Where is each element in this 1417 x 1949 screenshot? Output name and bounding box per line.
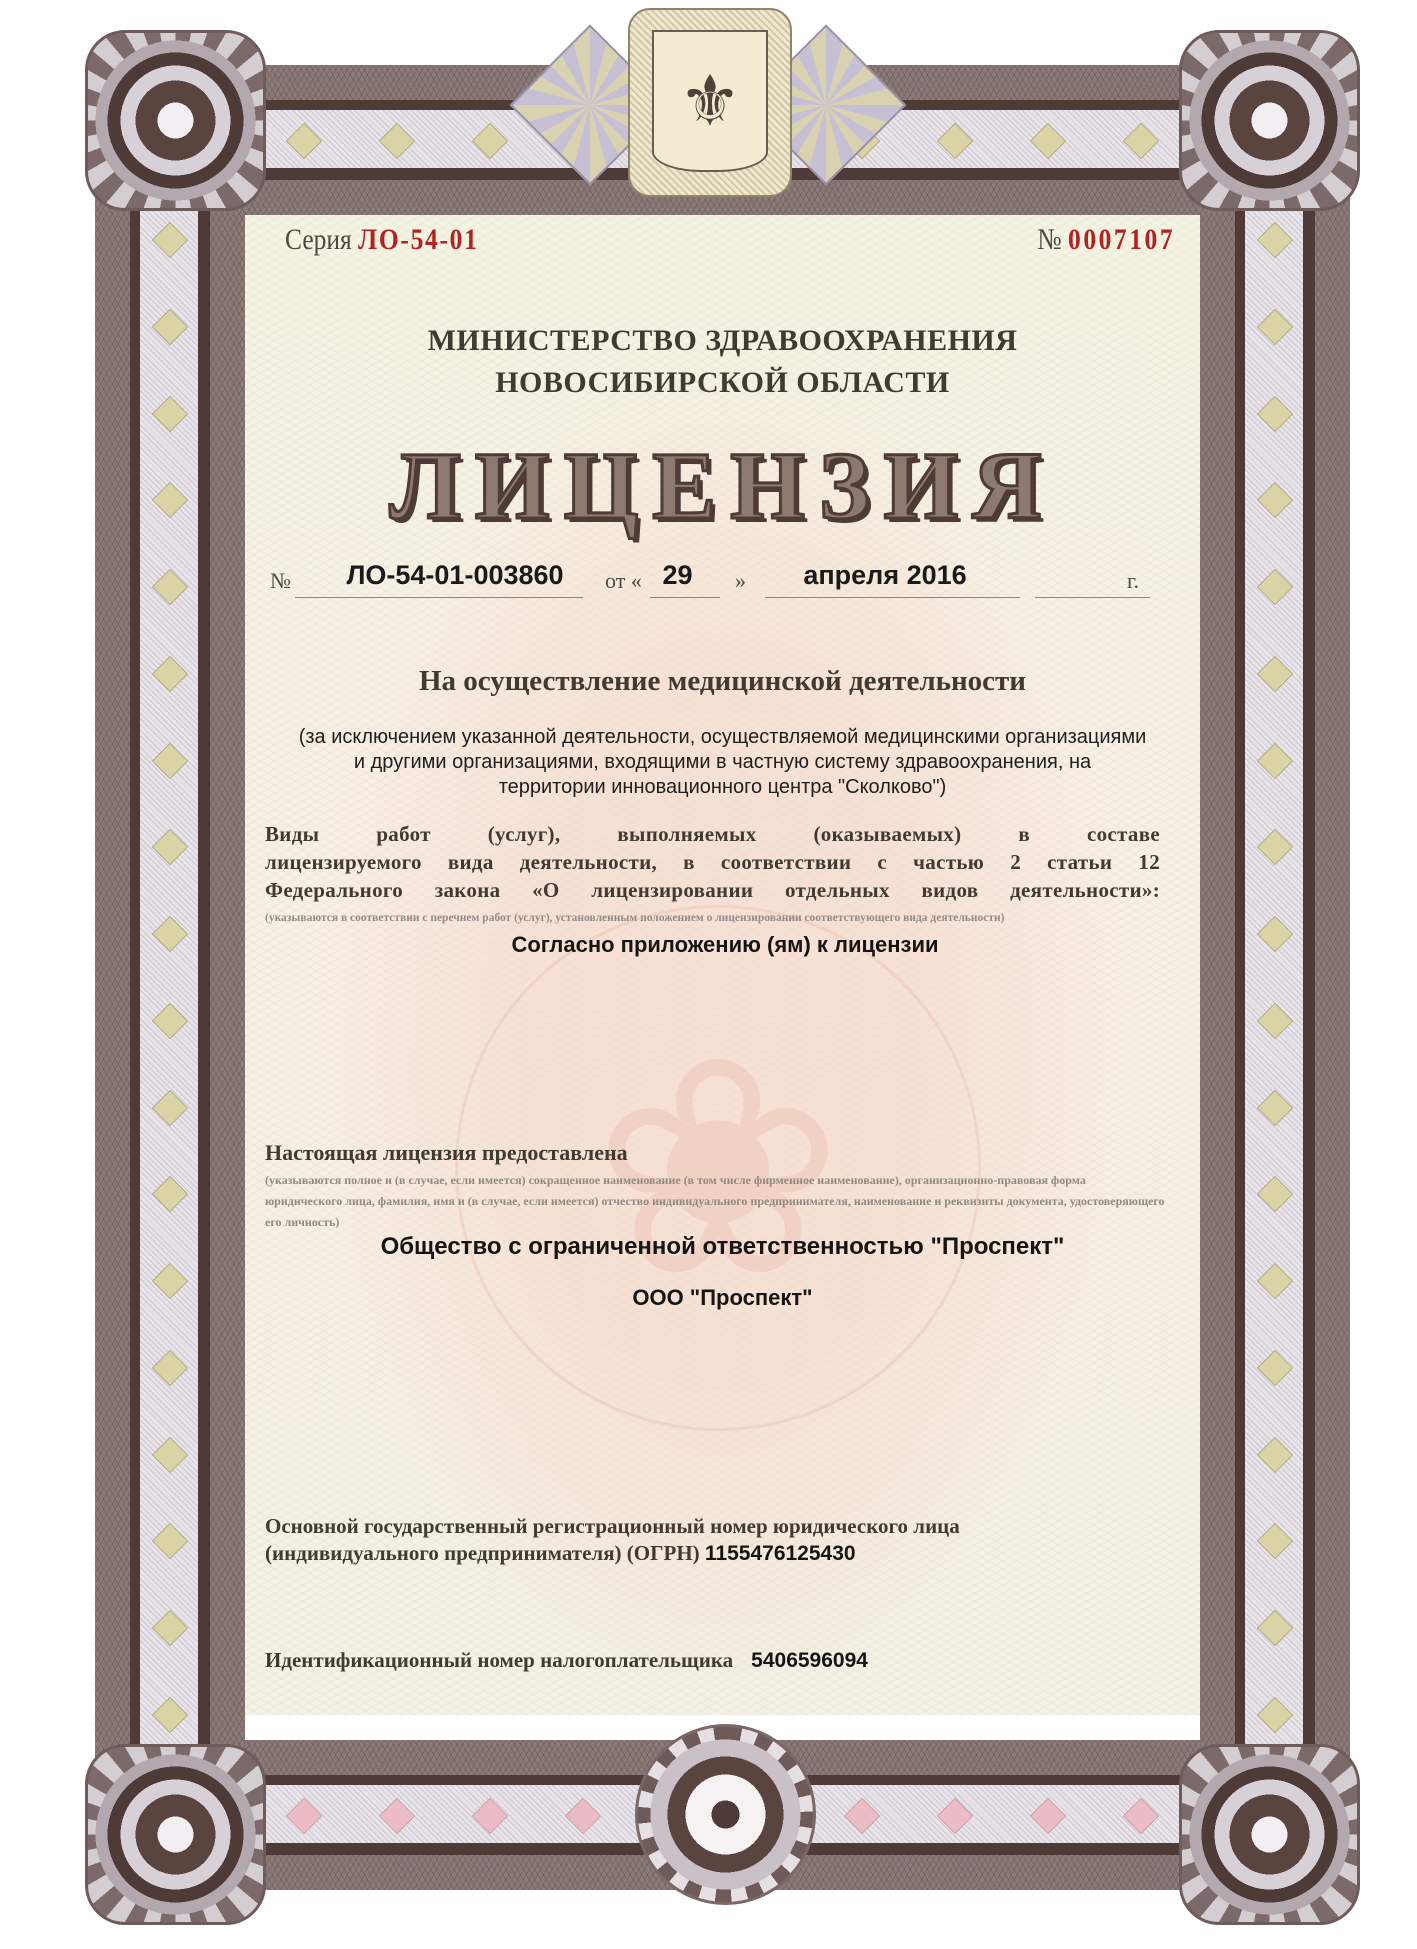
works-line: Виды работ (услуг), выполняемых (оказыва… (265, 820, 1160, 848)
reg-day: 29 (650, 560, 705, 591)
licensee-hint: (указываются полное и (в случае, если им… (265, 1170, 1165, 1233)
activity-note-line: территории инновационного центра "Сколко… (230, 775, 1215, 800)
frame-band-right (1200, 110, 1350, 1845)
licensee-label: Настоящая лицензия предоставлена (265, 1140, 628, 1166)
inn-label: Идентификационный номер налогоплательщик… (265, 1648, 733, 1672)
emblem-frame: ⚜ (628, 8, 792, 197)
licensee-full-name: Общество с ограниченной ответственностью… (245, 1233, 1200, 1261)
from-label: от « (605, 568, 642, 594)
registration-row: № ЛО-54-01-003860 от « 29 » апреля 2016 … (245, 560, 1200, 605)
corner-rosette-icon (85, 30, 266, 211)
document-title: ЛИЦЕНЗИЯ (245, 430, 1200, 541)
form-number: № 0007107 (1037, 223, 1175, 257)
series-label: Серия (285, 223, 352, 256)
license-document: ❀ Серия ЛО-54-01 № 0007107 МИНИСТЕРСТВО … (245, 215, 1200, 1715)
ogrn-value: 1155476125430 (705, 1542, 856, 1565)
works-description: Виды работ (услуг), выполняемых (оказыва… (265, 820, 1160, 904)
coat-of-arms-watermark-icon: ❀ (455, 905, 981, 1431)
works-line: лицензируемого вида деятельности, в соот… (265, 848, 1160, 876)
works-hint: (указываются в соответствии с перечнем р… (265, 907, 1160, 929)
licensee-short-name: ООО "Проспект" (245, 1285, 1200, 1311)
series: Серия ЛО-54-01 (285, 223, 479, 257)
issuer-line-1: МИНИСТЕРСТВО ЗДРАВООХРАНЕНИЯ (245, 320, 1200, 362)
double-headed-eagle-icon: ⚜ (652, 30, 768, 172)
reg-month-year: апреля 2016 (755, 560, 1015, 591)
works-value: Согласно приложению (ям) к лицензии (375, 932, 1075, 958)
reg-number-sign: № (270, 568, 291, 594)
bottom-medallion-icon (635, 1724, 816, 1905)
activity-note-line: (за исключением указанной деятельности, … (230, 725, 1215, 750)
corner-rosette-icon (85, 1744, 266, 1925)
issuer-line-2: НОВОСИБИРСКОЙ ОБЛАСТИ (245, 362, 1200, 404)
frame-band-left (95, 110, 245, 1845)
number-sign: № (1037, 223, 1061, 256)
works-line: Федерального закона «О лицензировании от… (265, 876, 1160, 904)
activity-title: На осуществление медицинской деятельност… (245, 665, 1200, 698)
issuer: МИНИСТЕРСТВО ЗДРАВООХРАНЕНИЯ НОВОСИБИРСК… (245, 320, 1200, 404)
ogrn-label-line-2: (индивидуального предпринимателя) (ОГРН) (265, 1541, 700, 1565)
day-close: » (735, 568, 746, 594)
year-suffix: г. (1127, 568, 1139, 594)
activity-note-line: и другими организациями, входящими в час… (230, 750, 1215, 775)
emblem-plate: ⚜ (538, 8, 878, 198)
corner-rosette-icon (1179, 30, 1360, 211)
inn: Идентификационный номер налогоплательщик… (265, 1648, 868, 1673)
inn-value: 5406596094 (751, 1649, 868, 1672)
ogrn: Основной государственный регистрационный… (265, 1513, 1165, 1567)
reg-number: ЛО-54-01-003860 (320, 560, 590, 591)
ogrn-label-line-1: Основной государственный регистрационный… (265, 1513, 1165, 1540)
activity-note: (за исключением указанной деятельности, … (230, 725, 1215, 800)
corner-rosette-icon (1179, 1744, 1360, 1925)
series-value: ЛО-54-01 (358, 223, 478, 256)
form-number-value: 0007107 (1068, 223, 1175, 256)
